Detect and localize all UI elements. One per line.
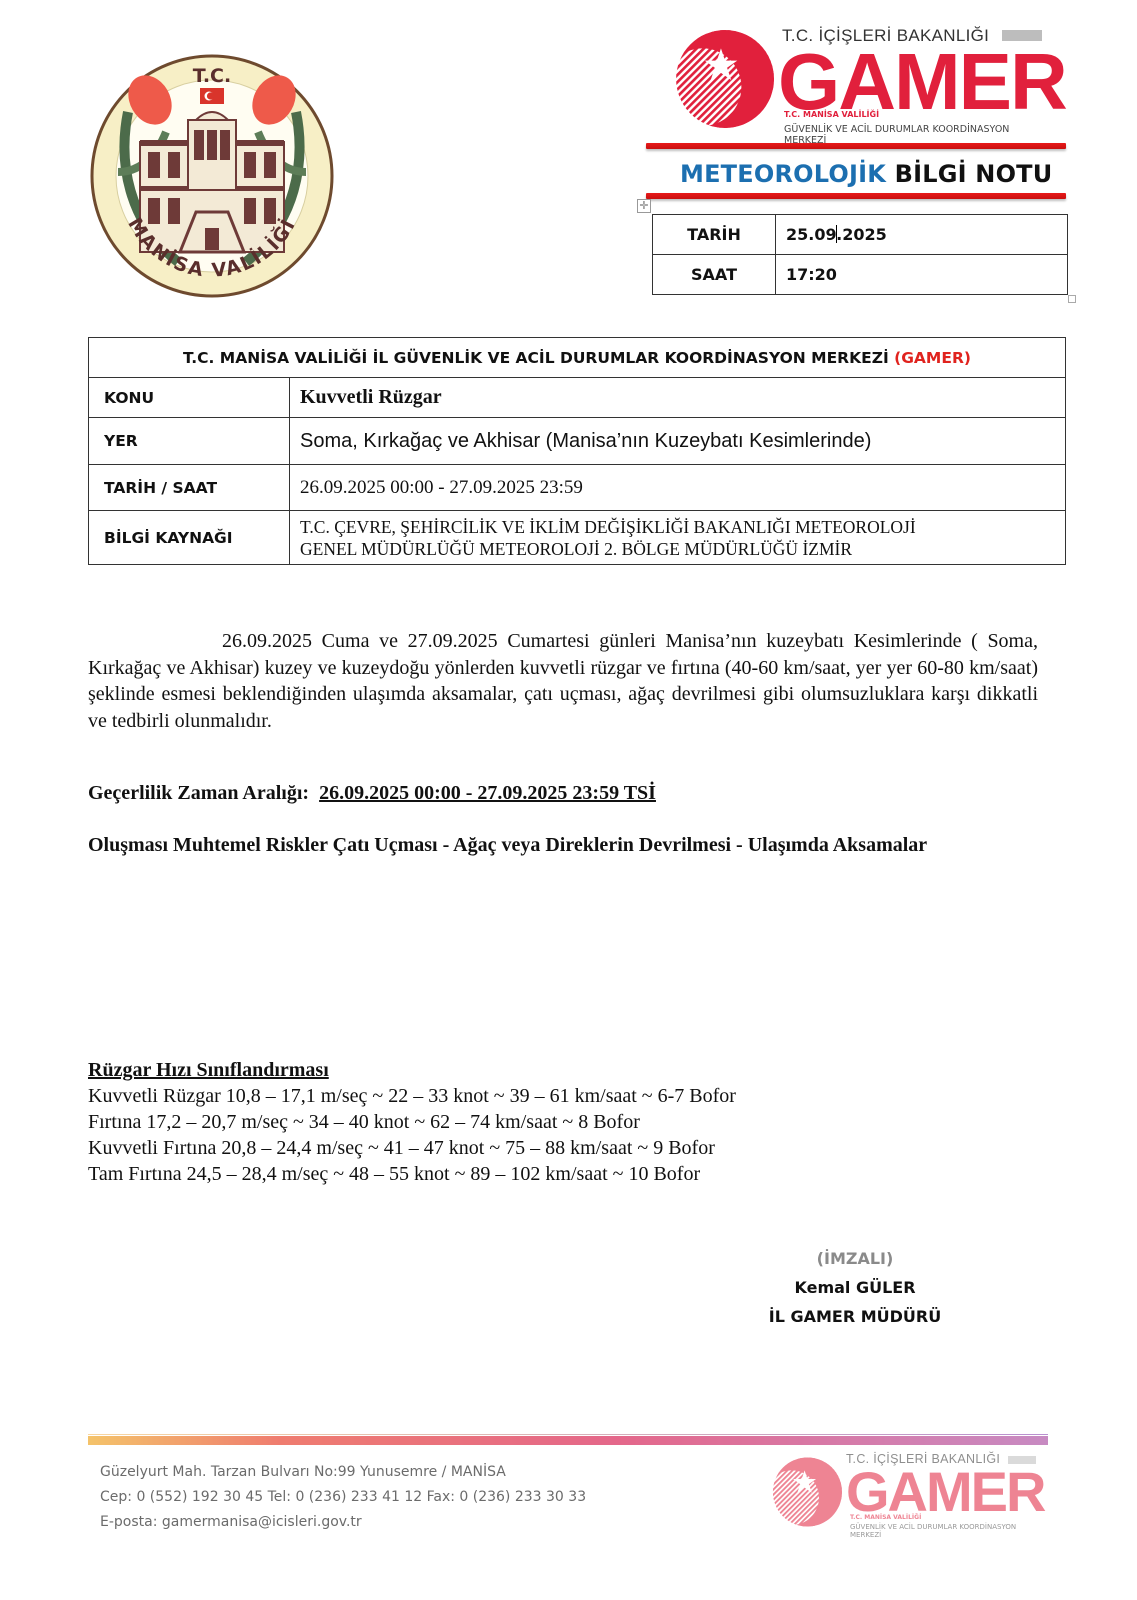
- note-title-part1: METEOROLOJİK: [680, 160, 886, 188]
- red-divider-top: [646, 143, 1066, 149]
- time-row: SAAT 17:20: [653, 255, 1068, 295]
- footer-address: Güzelyurt Mah. Tarzan Bulvarı No:99 Yunu…: [100, 1460, 586, 1485]
- governorship-name: T.C. MANİSA VALİLİĞİ: [784, 110, 879, 119]
- wind-class-row: Kuvvetli Rüzgar 10,8 – 17,1 m/seç ~ 22 –…: [88, 1083, 736, 1109]
- crescent-star-emblem-icon: [770, 1456, 842, 1528]
- date-row: TARİH 25.09.2025: [653, 215, 1068, 255]
- table-resize-handle[interactable]: [1068, 295, 1076, 303]
- footer-divider: [88, 1436, 1048, 1445]
- wind-classification-title: Rüzgar Hızı Sınıflandırması: [88, 1057, 736, 1083]
- footer-gamer-logo: T.C. İÇİŞLERİ BAKANLIĞI GAMER T.C. MANİS…: [770, 1450, 1040, 1540]
- possible-risks: Oluşması Muhtemel Riskler Çatı Uçması - …: [88, 830, 948, 860]
- signer-title: İL GAMER MÜDÜRÜ: [740, 1302, 970, 1331]
- signed-mark: (İMZALI): [740, 1244, 970, 1273]
- time-label: SAAT: [653, 255, 776, 295]
- table-row: BİLGİ KAYNAĞI T.C. ÇEVRE, ŞEHİRCİLİK VE …: [89, 511, 1066, 565]
- table-row: KONU Kuvvetli Rüzgar: [89, 378, 1066, 418]
- date-value[interactable]: 25.09.2025: [776, 215, 1068, 255]
- footer-email[interactable]: E-posta: gamermanisa@icisleri.gov.tr: [100, 1510, 586, 1535]
- wind-class-row: Tam Fırtına 24,5 – 28,4 m/seç ~ 48 – 55 …: [88, 1161, 736, 1187]
- wind-speed-classification: Rüzgar Hızı Sınıflandırması Kuvvetli Rüz…: [88, 1057, 736, 1187]
- body-paragraph: 26.09.2025 Cuma ve 27.09.2025 Cumartesi …: [88, 628, 1038, 734]
- footer-contact: Güzelyurt Mah. Tarzan Bulvarı No:99 Yunu…: [100, 1460, 586, 1535]
- note-title: METEOROLOJİK BİLGİ NOTU: [680, 160, 1052, 188]
- bilgi-kaynagi-label: BİLGİ KAYNAĞI: [89, 511, 290, 565]
- wind-class-row: Kuvvetli Fırtına 20,8 – 24,4 m/seç ~ 41 …: [88, 1135, 736, 1161]
- gamer-logo: T.C. İÇİŞLERİ BAKANLIĞI GAMER T.C. MANİS…: [672, 24, 1052, 142]
- gamer-accent: (GAMER): [894, 349, 971, 367]
- svg-text:T.C.: T.C.: [193, 65, 231, 87]
- table-row: YER Soma, Kırkağaç ve Akhisar (Manisa’nı…: [89, 418, 1066, 465]
- crescent-star-emblem-icon: [672, 28, 774, 130]
- yer-value: Soma, Kırkağaç ve Akhisar (Manisa’nın Ku…: [290, 418, 1066, 465]
- validity-range: Geçerlilik Zaman Aralığı:26.09.2025 00:0…: [88, 782, 656, 805]
- yer-label: YER: [89, 418, 290, 465]
- red-divider-bottom: [646, 193, 1066, 199]
- bilgi-kaynagi-value: T.C. ÇEVRE, ŞEHİRCİLİK VE İKLİM DEĞİŞİKL…: [290, 511, 1066, 565]
- date-label: TARİH: [653, 215, 776, 255]
- konu-label: KONU: [89, 378, 290, 418]
- time-value[interactable]: 17:20: [776, 255, 1068, 295]
- table-move-handle-icon[interactable]: ✛: [637, 199, 651, 213]
- konu-value: Kuvvetli Rüzgar: [290, 378, 1066, 418]
- date-time-table: TARİH 25.09.2025 SAAT 17:20: [652, 214, 1068, 295]
- validity-value: 26.09.2025 00:00 - 27.09.2025 23:59 TSİ: [319, 782, 656, 804]
- signer-name: Kemal GÜLER: [740, 1273, 970, 1302]
- signature-block: (İMZALI) Kemal GÜLER İL GAMER MÜDÜRÜ: [740, 1244, 970, 1331]
- wind-class-row: Fırtına 17,2 – 20,7 m/seç ~ 34 – 40 knot…: [88, 1109, 736, 1135]
- footer-divider-thin: [88, 1434, 1048, 1435]
- validity-label: Geçerlilik Zaman Aralığı:: [88, 782, 309, 804]
- info-table: T.C. MANİSA VALİLİĞİ İL GÜVENLİK VE ACİL…: [88, 337, 1066, 565]
- manisa-valiligi-seal: T.C. MANİSA VALİLİĞİ: [88, 52, 336, 300]
- tarih-saat-label: TARİH / SAAT: [89, 465, 290, 511]
- note-title-part2: BİLGİ NOTU: [895, 160, 1053, 188]
- info-table-header: T.C. MANİSA VALİLİĞİ İL GÜVENLİK VE ACİL…: [89, 338, 1066, 378]
- footer-phones: Cep: 0 (552) 192 30 45 Tel: 0 (236) 233 …: [100, 1485, 586, 1510]
- table-row: TARİH / SAAT 26.09.2025 00:00 - 27.09.20…: [89, 465, 1066, 511]
- tarih-saat-value: 26.09.2025 00:00 - 27.09.2025 23:59: [290, 465, 1066, 511]
